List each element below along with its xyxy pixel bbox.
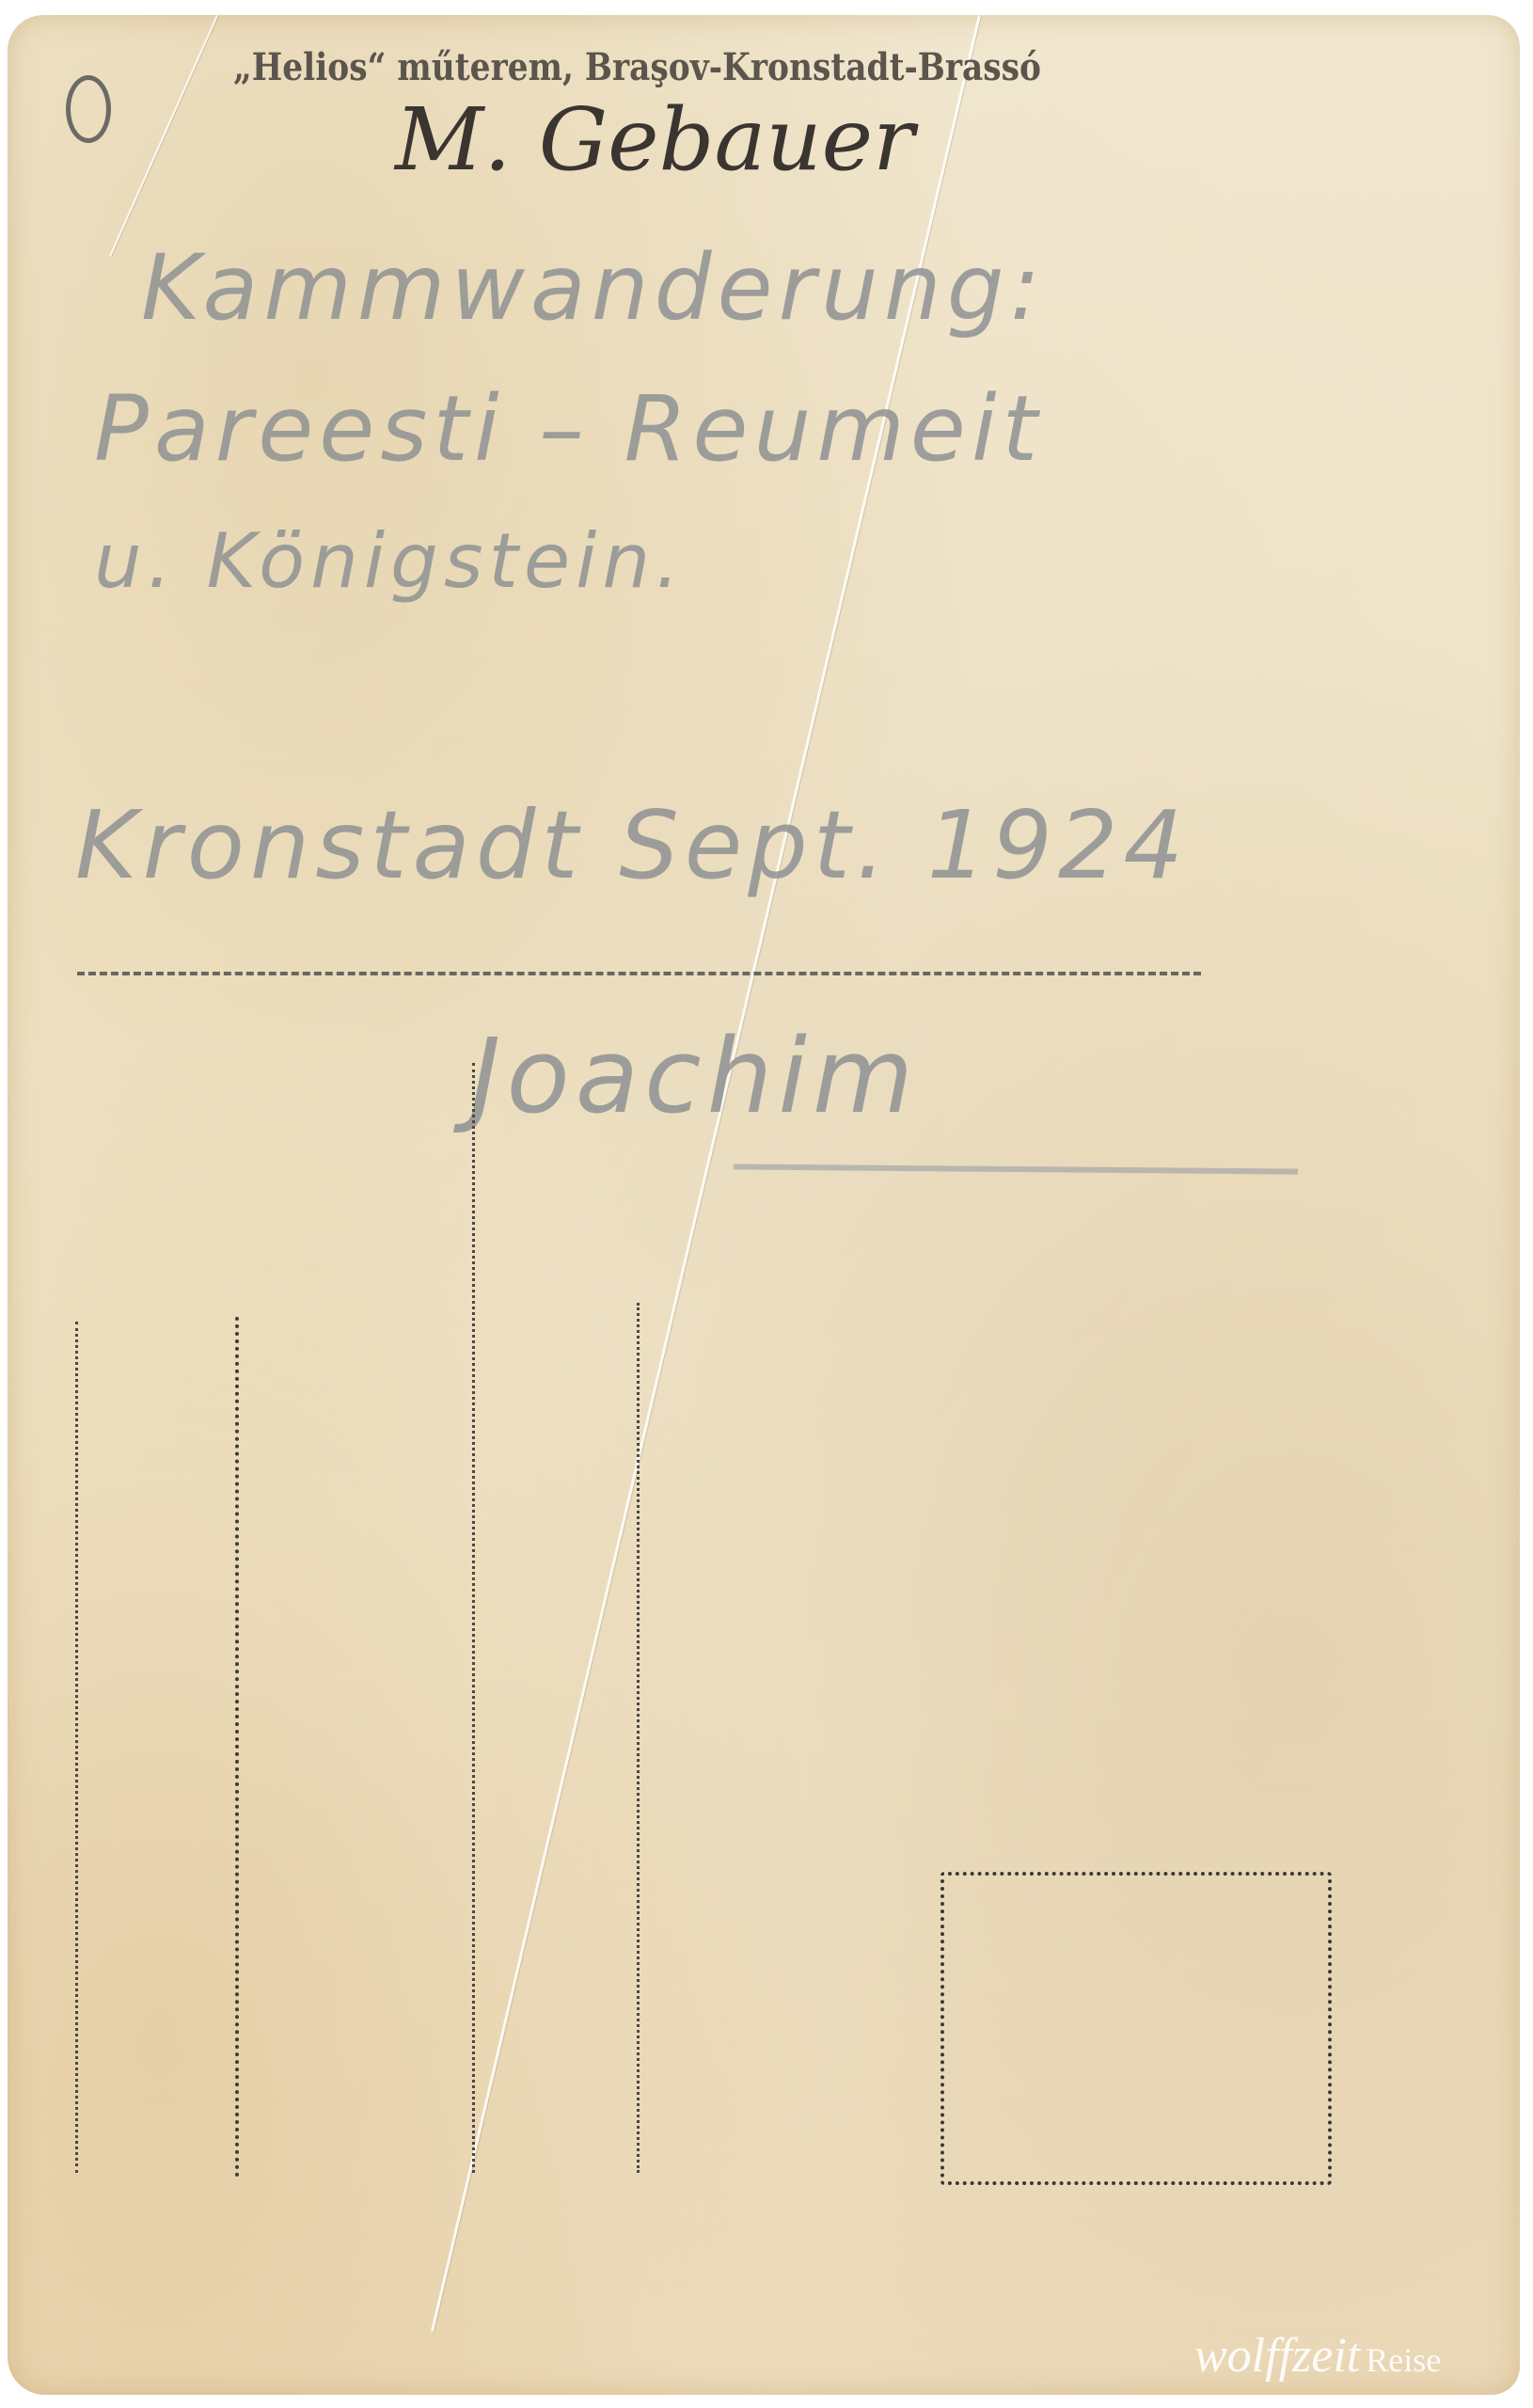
printed-studio-header: „Helios“ műterem, Braşov-Kronstadt-Brass… (233, 45, 1041, 89)
stamp-box (940, 1872, 1332, 2185)
watermark-word: Reise (1366, 2341, 1441, 2379)
paper-crease (431, 15, 981, 2332)
handwritten-line-1: Kammwanderung: (141, 235, 1046, 341)
corner-circle-mark (66, 75, 111, 143)
handwritten-signature: Joachim (470, 1016, 919, 1136)
address-line (472, 1063, 475, 2173)
handwritten-line-3: u. Königstein. (94, 517, 685, 605)
address-line (235, 1317, 239, 2178)
watermark: wolffzeitReise (1194, 2328, 1441, 2384)
watermark-script: wolffzeit (1194, 2329, 1360, 2383)
paper-crease (109, 15, 218, 257)
message-address-divider (77, 972, 1201, 975)
studio-signature-print: M. Gebauer (395, 89, 914, 190)
handwritten-place-date: Kronstadt Sept. 1924 (75, 790, 1189, 900)
address-line (637, 1303, 640, 2173)
address-line (75, 1322, 78, 2173)
handwritten-line-2: Pareesti – Reumeit (94, 376, 1043, 482)
